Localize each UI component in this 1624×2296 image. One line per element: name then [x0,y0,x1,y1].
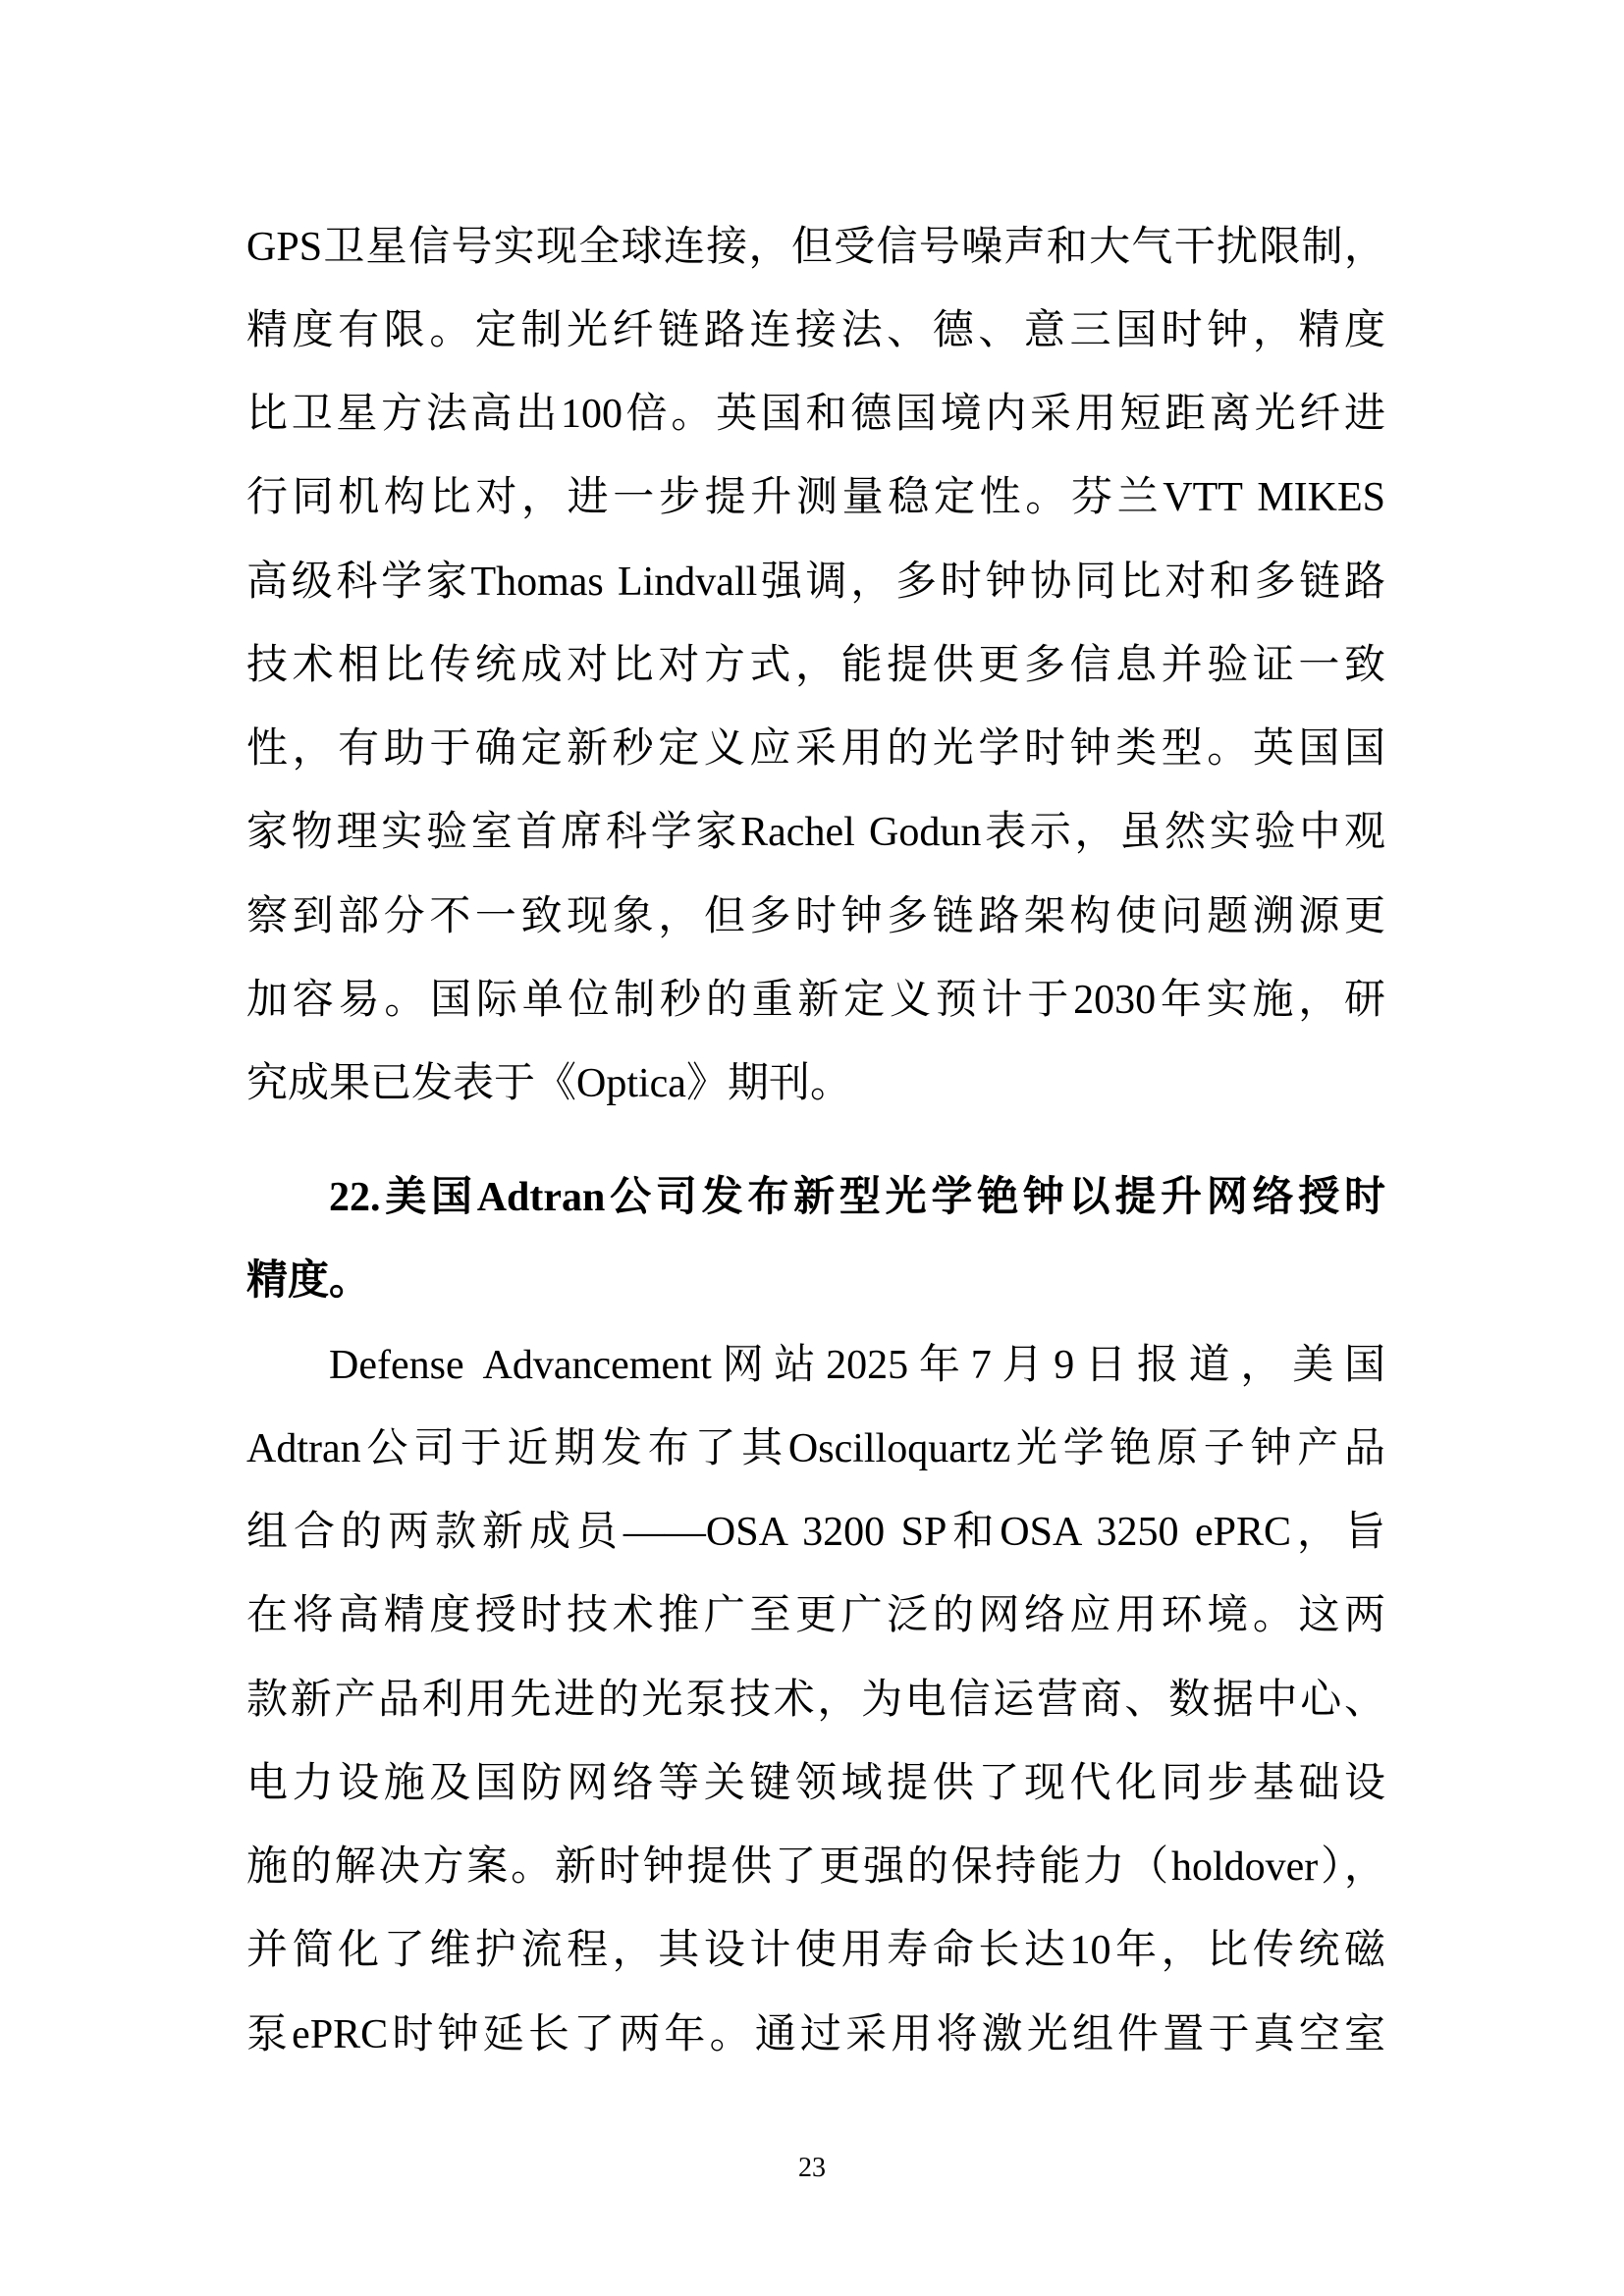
text-line: 高级科学家Thomas Lindvall强调，多时钟协同比对和多链路 [246,553,1385,612]
text-line: Adtran公司于近期发布了其Oscilloquartz光学铯原子钟产品 [246,1419,1385,1478]
heading-line: 22.美国Adtran公司发布新型光学铯钟以提升网络授时 [329,1168,1385,1227]
text-line: 在将高精度授时技术推广至更广泛的网络应用环境。这两 [246,1586,1385,1645]
text-line: 施的解决方案。新时钟提供了更强的保持能力（holdover）， [246,1838,1385,1896]
text-line: 技术相比传统成对比对方式，能提供更多信息并验证一致 [246,636,1385,695]
text-line: 加容易。国际单位制秒的重新定义预计于2030年实施，研 [246,971,1385,1030]
text-line: 并简化了维护流程，其设计使用寿命长达10年，比传统磁 [246,1921,1385,1980]
document-page: GPS卫星信号实现全球连接，但受信号噪声和大气干扰限制， 精度有限。定制光纤链路… [0,0,1624,2296]
text-line: 家物理实验室首席科学家Rachel Godun表示，虽然实验中观 [246,803,1385,862]
text-line: 组合的两款新成员——OSA 3200 SP和OSA 3250 ePRC，旨 [246,1503,1385,1562]
page-number: 23 [0,2152,1624,2185]
text-line: GPS卫星信号实现全球连接，但受信号噪声和大气干扰限制， [246,218,1385,277]
text-line: 察到部分不一致现象，但多时钟多链路架构使问题溯源更 [246,887,1385,946]
text-line: 比卫星方法高出100倍。英国和德国境内采用短距离光纤进 [246,385,1385,444]
text-line: 究成果已发表于《Optica》期刊。 [246,1054,1385,1113]
text-line: 精度有限。定制光纤链路连接法、德、意三国时钟，精度 [246,301,1385,360]
text-line: 电力设施及国防网络等关键领域提供了现代化同步基础设 [246,1754,1385,1813]
text-line: 泵ePRC时钟延长了两年。通过采用将激光组件置于真空室 [246,2005,1385,2064]
heading-line: 精度。 [246,1252,1385,1310]
text-line: 行同机构比对，进一步提升测量稳定性。芬兰VTT MIKES [246,468,1385,527]
text-line: Defense Advancement网站2025年7月9日报道，美国 [329,1336,1385,1395]
text-line: 款新产品利用先进的光泵技术，为电信运营商、数据中心、 [246,1671,1385,1730]
text-line: 性，有助于确定新秒定义应采用的光学时钟类型。英国国 [246,720,1385,778]
